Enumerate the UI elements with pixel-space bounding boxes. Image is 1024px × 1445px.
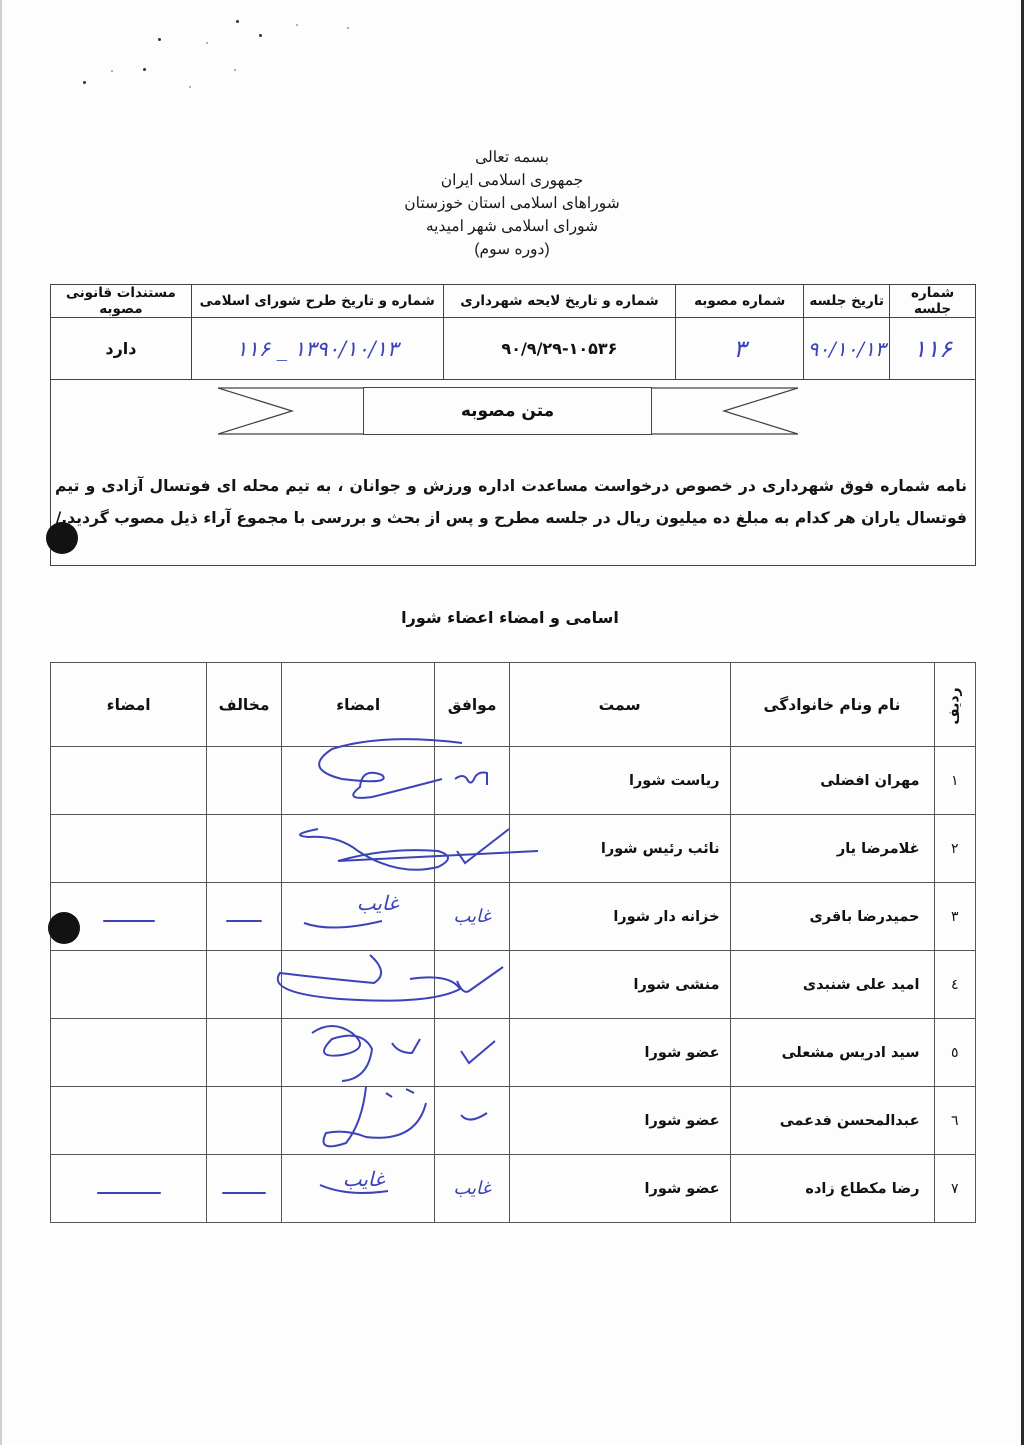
resolution-body-text: نامه شماره فوق شهرداری در خصوص درخواست م… bbox=[55, 470, 967, 534]
oppose-cell bbox=[207, 1019, 282, 1087]
scan-speck bbox=[259, 34, 262, 37]
agree-cell bbox=[435, 1019, 509, 1087]
oppose-cell bbox=[207, 815, 282, 883]
member-role: ریاست شورا bbox=[509, 747, 730, 815]
members-section-title: اسامی و امضاء اعضاء شورا bbox=[380, 608, 640, 627]
member-name: رضا مکطاع زاده bbox=[730, 1155, 934, 1223]
council-plan-value: ۱۳۹۰/۱۰/۱۳ _ ۱۱۶ bbox=[236, 337, 398, 361]
info-table-header-row: شماره جلسه تاریخ جلسه شماره مصوبه شماره … bbox=[51, 285, 976, 318]
members-table: ردیف نام ونام خانوادگی سمت موافق امضاء م… bbox=[50, 662, 976, 1223]
oppose-signature-cell bbox=[51, 1087, 207, 1155]
member-index: ۱ bbox=[934, 747, 976, 815]
col-oppose-signature: امضاء bbox=[51, 663, 207, 747]
dash-mark-icon bbox=[97, 1192, 161, 1194]
letterhead: بسمه تعالی جمهوری اسلامی ایران شوراهای ا… bbox=[362, 146, 662, 261]
member-index: ٥ bbox=[934, 1019, 976, 1087]
oppose-signature-cell bbox=[51, 747, 207, 815]
member-index: ۲ bbox=[934, 815, 976, 883]
oppose-cell bbox=[207, 747, 282, 815]
scan-speck bbox=[83, 81, 86, 84]
col-session-number: شماره جلسه bbox=[890, 285, 976, 318]
member-row: ۱ مهران افضلی ریاست شورا bbox=[51, 747, 976, 815]
member-row: ۳ حمیدرضا باقری خزانه دار شورا غایب غایب bbox=[51, 883, 976, 951]
member-index: ٤ bbox=[934, 951, 976, 1019]
resolution-number-value: ۳ bbox=[733, 335, 746, 363]
agree-signature-cell bbox=[281, 951, 435, 1019]
resolution-banner-title: متن مصوبه bbox=[363, 387, 652, 435]
resolution-info-table: شماره جلسه تاریخ جلسه شماره مصوبه شماره … bbox=[50, 284, 976, 380]
scan-speck bbox=[296, 24, 298, 26]
page-edge-left bbox=[0, 0, 2, 1445]
punch-hole bbox=[46, 522, 78, 554]
resolution-text-box: متن مصوبه نامه شماره فوق شهرداری در خصوص… bbox=[50, 374, 976, 566]
scan-speck bbox=[206, 42, 208, 44]
signature-icon bbox=[302, 1019, 432, 1087]
checkmark-icon bbox=[459, 1037, 499, 1067]
letterhead-term: (دوره سوم) bbox=[362, 238, 662, 261]
col-agree-signature: امضاء bbox=[281, 663, 435, 747]
oppose-signature-cell bbox=[51, 1019, 207, 1087]
municipal-bill-value: ۹۰/۹/۲۹-۱۰۵۳۶ bbox=[501, 339, 617, 358]
col-session-date: تاریخ جلسه bbox=[804, 285, 890, 318]
member-role: خزانه دار شورا bbox=[509, 883, 730, 951]
checkmark-icon bbox=[459, 1109, 491, 1129]
scan-speck bbox=[143, 68, 146, 71]
oppose-signature-cell bbox=[51, 1155, 207, 1223]
info-table-value-row: ۱۱۶ ۹۰/۱۰/۱۳ ۳ ۹۰/۹/۲۹-۱۰۵۳۶ ۱۳۹۰/۱۰/۱۳ … bbox=[51, 318, 976, 380]
scan-speck bbox=[111, 70, 113, 72]
agree-signature-cell bbox=[281, 1087, 435, 1155]
letterhead-country: جمهوری اسلامی ایران bbox=[362, 169, 662, 192]
agree-signature-cell: غایب bbox=[281, 1155, 435, 1223]
signature-stroke-icon bbox=[302, 913, 402, 933]
member-row: ٥ سید ادریس مشعلی عضو شورا bbox=[51, 1019, 976, 1087]
letterhead-city-council: شورای اسلامی شهر امیدیه bbox=[362, 215, 662, 238]
member-name: غلامرضا یار bbox=[730, 815, 934, 883]
punch-hole bbox=[48, 912, 80, 944]
member-role: نائب رئیس شورا bbox=[509, 815, 730, 883]
letterhead-province-councils: شوراهای اسلامی استان خوزستان bbox=[362, 192, 662, 215]
session-number-value: ۱۱۶ bbox=[913, 335, 952, 363]
scan-speck bbox=[189, 86, 191, 88]
member-role: عضو شورا bbox=[509, 1155, 730, 1223]
session-date-value: ۹۰/۱۰/۱۳ bbox=[808, 337, 886, 361]
dash-mark-icon bbox=[226, 920, 262, 922]
member-role: عضو شورا bbox=[509, 1019, 730, 1087]
member-row: ٤ امید علی شنبدی منشی شورا bbox=[51, 951, 976, 1019]
agree-cell-absent-note: غایب bbox=[435, 1155, 509, 1223]
col-municipal-bill: شماره و تاریخ لایحه شهرداری bbox=[443, 285, 676, 318]
col-role: سمت bbox=[509, 663, 730, 747]
agree-signature-cell bbox=[281, 1019, 435, 1087]
member-index: ٦ bbox=[934, 1087, 976, 1155]
oppose-signature-cell bbox=[51, 951, 207, 1019]
col-oppose: مخالف bbox=[207, 663, 282, 747]
member-name: سید ادریس مشعلی bbox=[730, 1019, 934, 1087]
agree-cell-absent-note: غایب bbox=[435, 883, 509, 951]
col-row-number: ردیف bbox=[947, 687, 963, 724]
member-index: ۳ bbox=[934, 883, 976, 951]
signature-icon bbox=[302, 739, 472, 809]
legal-basis-value: دارد bbox=[105, 339, 136, 358]
member-name: امید علی شنبدی bbox=[730, 951, 934, 1019]
member-index: ۷ bbox=[934, 1155, 976, 1223]
member-row: ۲ غلامرضا یار نائب رئیس شورا bbox=[51, 815, 976, 883]
signature-icon bbox=[270, 953, 470, 1017]
agree-signature-cell bbox=[281, 747, 435, 815]
scan-speck bbox=[347, 27, 349, 29]
member-role: عضو شورا bbox=[509, 1087, 730, 1155]
members-table-header: ردیف نام ونام خانوادگی سمت موافق امضاء م… bbox=[51, 663, 976, 747]
letterhead-basmala: بسمه تعالی bbox=[362, 146, 662, 169]
col-legal-basis: مستندات قانونی مصوبه bbox=[51, 285, 192, 318]
scan-speck bbox=[158, 38, 161, 41]
member-name: حمیدرضا باقری bbox=[730, 883, 934, 951]
signature-icon bbox=[306, 1083, 446, 1159]
oppose-cell bbox=[207, 1155, 282, 1223]
scan-speck bbox=[234, 69, 236, 71]
oppose-cell bbox=[207, 1087, 282, 1155]
dash-mark-icon bbox=[103, 920, 155, 922]
banner-right-ribbon-icon bbox=[651, 387, 798, 435]
absent-note: غایب bbox=[357, 891, 399, 915]
signature-icon bbox=[288, 821, 538, 881]
col-resolution-number: شماره مصوبه bbox=[676, 285, 804, 318]
col-full-name: نام ونام خانوادگی bbox=[730, 663, 934, 747]
oppose-cell bbox=[207, 883, 282, 951]
scan-speck bbox=[236, 20, 239, 23]
member-row: ٦ عبدالمحسن فدعمی عضو شورا bbox=[51, 1087, 976, 1155]
col-council-plan: شماره و تاریخ طرح شورای اسلامی bbox=[191, 285, 443, 318]
dash-mark-icon bbox=[222, 1192, 266, 1194]
col-agree: موافق bbox=[435, 663, 509, 747]
member-role: منشی شورا bbox=[509, 951, 730, 1019]
member-row: ۷ رضا مکطاع زاده عضو شورا غایب غایب bbox=[51, 1155, 976, 1223]
agree-signature-cell bbox=[281, 815, 435, 883]
resolution-banner: متن مصوبه bbox=[218, 387, 798, 435]
agree-cell bbox=[435, 1087, 509, 1155]
member-name: مهران افضلی bbox=[730, 747, 934, 815]
banner-left-ribbon-icon bbox=[218, 387, 364, 435]
member-name: عبدالمحسن فدعمی bbox=[730, 1087, 934, 1155]
signature-stroke-icon bbox=[318, 1181, 408, 1201]
agree-signature-cell: غایب bbox=[281, 883, 435, 951]
oppose-signature-cell bbox=[51, 815, 207, 883]
